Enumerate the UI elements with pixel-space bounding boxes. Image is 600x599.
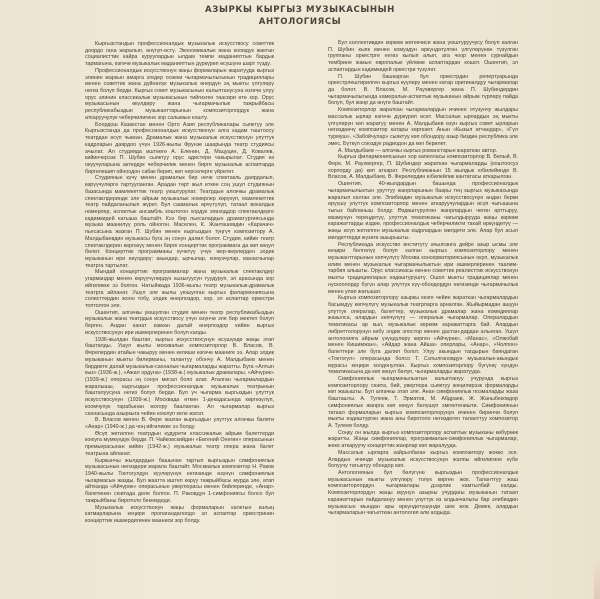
paragraph: Массалык ырларга кайрылбаган кыргыз комп… bbox=[328, 450, 518, 470]
paragraph: Симфониялык чыгармачылыктын калыптануу у… bbox=[328, 376, 518, 430]
paragraph: Антологиянын бул бөлүгүнө кыргыздын проф… bbox=[328, 470, 518, 517]
paragraph: Композиторлор жараткан чыгармалардын ичи… bbox=[328, 107, 518, 147]
paragraph: Ошентип, 40-жылдардын башында профессион… bbox=[328, 181, 518, 241]
left-column: Кыргызстандын профессионалдык музыкалык … bbox=[85, 41, 274, 525]
right-column: Бул коллективдин көркөм жетекчиси жана у… bbox=[328, 40, 518, 517]
paragraph: Профессионалдык искусствонун жаңы формал… bbox=[85, 68, 274, 122]
title-line-2: АНТОЛОГИЯСЫ bbox=[0, 16, 600, 28]
paragraph: Музыкалык искусствонун жаңы формаларын к… bbox=[85, 505, 274, 525]
paragraph: Студиянын күчү менен драмалык бир нече с… bbox=[85, 175, 274, 269]
paragraph: 1936-жылдан баштап, кыргыз искусствосуну… bbox=[85, 337, 274, 418]
paragraph: Кыркынчы жылдардын башынан тартып кыргыз… bbox=[85, 458, 274, 505]
paragraph: В. Власов менен В. Фере жазган кыргыздын… bbox=[85, 417, 274, 430]
paragraph: Соңку он жылда кыргыз композиторлору асп… bbox=[328, 430, 518, 450]
paragraph: Кыргызстандын профессионалдык музыкалык … bbox=[85, 41, 274, 68]
page-title: АЗЫРКЫ КЫРГЫЗ МУЗЫКАСЫНЫН АНТОЛОГИЯСЫ bbox=[0, 4, 600, 28]
paragraph: Кыргыз композиторлору азыркы кезге чейин… bbox=[328, 295, 518, 376]
title-line-1: АЗЫРКЫ КЫРГЫЗ МУЗЫКАСЫНЫН bbox=[0, 4, 600, 16]
paragraph: П. Шубин башкарган бул оркестрдин реперт… bbox=[328, 74, 518, 108]
paragraph: Кыргыз филармониясынын хор капелласы ком… bbox=[328, 154, 518, 181]
paragraph: Өсүп жетилген театрдын кудурети классика… bbox=[85, 431, 274, 458]
paragraph: Бул коллективдин көркөм жетекчиси жана у… bbox=[328, 40, 518, 74]
paragraph: Республикада искусство институту ачылган… bbox=[328, 242, 518, 296]
paragraph: Мындай концерттик программалар жана музы… bbox=[85, 269, 274, 309]
paper-stain bbox=[594, 559, 600, 599]
paragraph: Боордош Казакстан менен Орто Азия респуб… bbox=[85, 122, 274, 176]
paragraph: Ошентип, алгачкы уюшулган студия менен т… bbox=[85, 310, 274, 337]
